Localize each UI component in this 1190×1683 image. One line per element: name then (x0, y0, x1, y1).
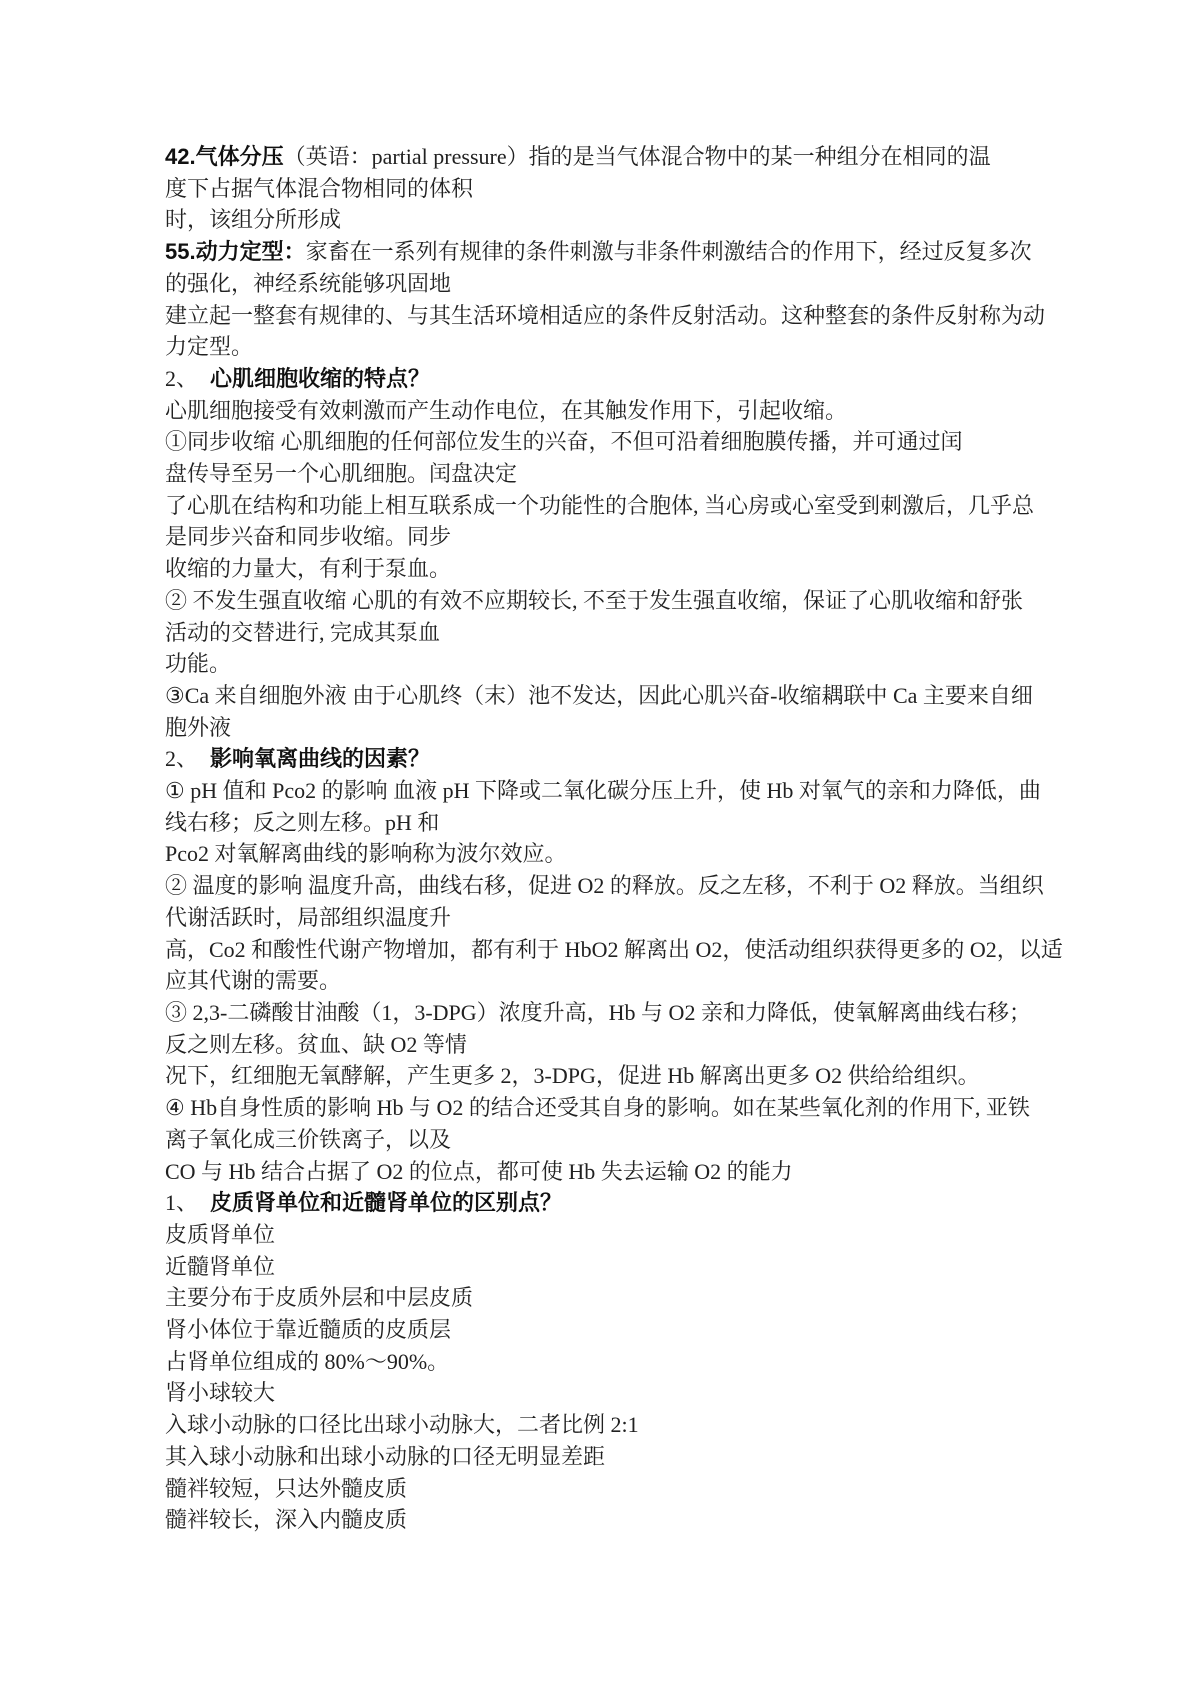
text-line: 收缩的力量大，有利于泵血。 (165, 553, 1085, 585)
heading-text: 心肌细胞收缩的特点？ (210, 366, 430, 391)
text-line: 55.动力定型：家畜在一系列有规律的条件刺激与非条件刺激结合的作用下，经过反复多… (165, 236, 1085, 268)
body-text: 况下，红细胞无氧酵解，产生更多 2，3-DPG，促进 Hb 解离出更多 O2 供… (165, 1063, 980, 1088)
text-line: 功能。 (165, 648, 1085, 680)
body-text: 皮质肾单位 (165, 1222, 275, 1247)
heading-text: 影响氧离曲线的因素？ (210, 746, 430, 771)
text-line: 髓袢较短，只达外髓皮质 (165, 1473, 1085, 1505)
text-line: ④ Hb自身性质的影响 Hb 与 O2 的结合还受其自身的影响。如在某些氧化剂的… (165, 1092, 1085, 1124)
body-text: 时，该组分所形成 (165, 207, 341, 232)
text-line: 入球小动脉的口径比出球小动脉大，二者比例 2:1 (165, 1409, 1085, 1441)
text-line: 心肌细胞接受有效刺激而产生动作电位，在其触发作用下，引起收缩。 (165, 395, 1085, 427)
text-line: 力定型。 (165, 331, 1085, 363)
text-line: 其入球小动脉和出球小动脉的口径无明显差距 (165, 1441, 1085, 1473)
body-text: 反之则左移。贫血、缺 O2 等情 (165, 1032, 467, 1057)
text-line: 反之则左移。贫血、缺 O2 等情 (165, 1029, 1085, 1061)
body-text: 占肾单位组成的 80%～90%。 (165, 1349, 449, 1374)
body-text: 应其代谢的需要。 (165, 968, 341, 993)
body-text: 2、 (165, 366, 198, 391)
document-body: 42.气体分压（英语：partial pressure）指的是当气体混合物中的某… (165, 141, 1085, 1536)
text-line: 线右移；反之则左移。pH 和 (165, 807, 1085, 839)
text-line: 髓袢较长，深入内髓皮质 (165, 1504, 1085, 1536)
body-text: 是同步兴奋和同步收缩。同步 (165, 524, 451, 549)
body-text: 了心肌在结构和功能上相互联系成一个功能性的合胞体, 当心房或心室受到刺激后，几乎… (165, 493, 1034, 518)
body-text: ③ 2,3-二磷酸甘油酸（1，3-DPG）浓度升高，Hb 与 O2 亲和力降低，… (165, 1000, 1031, 1025)
body-text: 肾小球较大 (165, 1380, 275, 1405)
document-page: 42.气体分压（英语：partial pressure）指的是当气体混合物中的某… (0, 0, 1190, 1683)
text-line: 近髓肾单位 (165, 1251, 1085, 1283)
body-text: ③Ca 来自细胞外液 由于心肌终（末）池不发达，因此心肌兴奋-收缩耦联中 Ca … (165, 683, 1033, 708)
heading-text: 42.气体分压 (165, 144, 284, 169)
heading-text: 皮质肾单位和近髓肾单位的区别点？ (210, 1190, 562, 1215)
text-line: 1、皮质肾单位和近髓肾单位的区别点？ (165, 1187, 1085, 1219)
text-line: ② 不发生强直收缩 心肌的有效不应期较长, 不至于发生强直收缩，保证了心肌收缩和… (165, 585, 1085, 617)
body-text: 收缩的力量大，有利于泵血。 (165, 556, 451, 581)
heading-text: 55.动力定型： (165, 239, 306, 264)
body-text: ② 温度的影响 温度升高，曲线右移，促进 O2 的释放。反之左移，不利于 O2 … (165, 873, 1044, 898)
body-text: 2、 (165, 746, 198, 771)
text-line: 应其代谢的需要。 (165, 965, 1085, 997)
body-text: CO 与 Hb 结合占据了 O2 的位点，都可使 Hb 失去运输 O2 的能力 (165, 1159, 793, 1184)
text-line: 活动的交替进行, 完成其泵血 (165, 617, 1085, 649)
text-line: 度下占据气体混合物相同的体积 (165, 173, 1085, 205)
text-line: 胞外液 (165, 712, 1085, 744)
body-text: 建立起一整套有规律的、与其生活环境相适应的条件反射活动。这种整套的条件反射称为动 (165, 303, 1045, 328)
text-line: 占肾单位组成的 80%～90%。 (165, 1346, 1085, 1378)
body-text: 肾小体位于靠近髓质的皮质层 (165, 1317, 451, 1342)
body-text: 力定型。 (165, 334, 253, 359)
text-line: 代谢活跃时，局部组织温度升 (165, 902, 1085, 934)
body-text: Pco2 对氧解离曲线的影响称为波尔效应。 (165, 841, 567, 866)
body-text: 髓袢较短，只达外髓皮质 (165, 1476, 407, 1501)
body-text: 线右移；反之则左移。pH 和 (165, 810, 439, 835)
body-text: 代谢活跃时，局部组织温度升 (165, 905, 451, 930)
text-line: 是同步兴奋和同步收缩。同步 (165, 521, 1085, 553)
body-text: 入球小动脉的口径比出球小动脉大，二者比例 2:1 (165, 1412, 639, 1437)
text-line: Pco2 对氧解离曲线的影响称为波尔效应。 (165, 838, 1085, 870)
body-text: 髓袢较长，深入内髓皮质 (165, 1507, 407, 1532)
body-text: ④ Hb自身性质的影响 Hb 与 O2 的结合还受其自身的影响。如在某些氧化剂的… (165, 1095, 1030, 1120)
text-line: 况下，红细胞无氧酵解，产生更多 2，3-DPG，促进 Hb 解离出更多 O2 供… (165, 1060, 1085, 1092)
text-line: 肾小体位于靠近髓质的皮质层 (165, 1314, 1085, 1346)
text-line: 主要分布于皮质外层和中层皮质 (165, 1282, 1085, 1314)
text-line: CO 与 Hb 结合占据了 O2 的位点，都可使 Hb 失去运输 O2 的能力 (165, 1156, 1085, 1188)
text-line: 2、心肌细胞收缩的特点？ (165, 363, 1085, 395)
text-line: ① pH 值和 Pco2 的影响 血液 pH 下降或二氧化碳分压上升，使 Hb … (165, 775, 1085, 807)
text-line: 皮质肾单位 (165, 1219, 1085, 1251)
text-line: 肾小球较大 (165, 1377, 1085, 1409)
text-line: ①同步收缩 心肌细胞的任何部位发生的兴奋，不但可沿着细胞膜传播，并可通过闰 (165, 426, 1085, 458)
text-line: 离子氧化成三价铁离子，以及 (165, 1124, 1085, 1156)
body-text: 近髓肾单位 (165, 1254, 275, 1279)
text-line: 建立起一整套有规律的、与其生活环境相适应的条件反射活动。这种整套的条件反射称为动 (165, 300, 1085, 332)
text-line: 42.气体分压（英语：partial pressure）指的是当气体混合物中的某… (165, 141, 1085, 173)
body-text: 的强化，神经系统能够巩固地 (165, 271, 451, 296)
body-text: 盘传导至另一个心肌细胞。闰盘决定 (165, 461, 517, 486)
body-text: 高，Co2 和酸性代谢产物增加，都有利于 HbO2 解离出 O2，使活动组织获得… (165, 937, 1063, 962)
text-line: ③ 2,3-二磷酸甘油酸（1，3-DPG）浓度升高，Hb 与 O2 亲和力降低，… (165, 997, 1085, 1029)
text-line: 的强化，神经系统能够巩固地 (165, 268, 1085, 300)
text-line: 2、影响氧离曲线的因素？ (165, 743, 1085, 775)
text-line: ② 温度的影响 温度升高，曲线右移，促进 O2 的释放。反之左移，不利于 O2 … (165, 870, 1085, 902)
text-line: 高，Co2 和酸性代谢产物增加，都有利于 HbO2 解离出 O2，使活动组织获得… (165, 934, 1085, 966)
body-text: 功能。 (165, 651, 231, 676)
body-text: 家畜在一系列有规律的条件刺激与非条件刺激结合的作用下，经过反复多次 (306, 239, 1032, 264)
body-text: 1、 (165, 1190, 198, 1215)
body-text: （英语：partial pressure）指的是当气体混合物中的某一种组分在相同… (284, 144, 991, 169)
body-text: 主要分布于皮质外层和中层皮质 (165, 1285, 473, 1310)
text-line: 盘传导至另一个心肌细胞。闰盘决定 (165, 458, 1085, 490)
body-text: 活动的交替进行, 完成其泵血 (165, 620, 440, 645)
body-text: ② 不发生强直收缩 心肌的有效不应期较长, 不至于发生强直收缩，保证了心肌收缩和… (165, 588, 1023, 613)
body-text: 度下占据气体混合物相同的体积 (165, 176, 473, 201)
text-line: ③Ca 来自细胞外液 由于心肌终（末）池不发达，因此心肌兴奋-收缩耦联中 Ca … (165, 680, 1085, 712)
body-text: 胞外液 (165, 715, 231, 740)
body-text: 其入球小动脉和出球小动脉的口径无明显差距 (165, 1444, 605, 1469)
text-line: 了心肌在结构和功能上相互联系成一个功能性的合胞体, 当心房或心室受到刺激后，几乎… (165, 490, 1085, 522)
text-line: 时，该组分所形成 (165, 204, 1085, 236)
body-text: ① pH 值和 Pco2 的影响 血液 pH 下降或二氧化碳分压上升，使 Hb … (165, 778, 1041, 803)
body-text: 心肌细胞接受有效刺激而产生动作电位，在其触发作用下，引起收缩。 (165, 398, 847, 423)
body-text: ①同步收缩 心肌细胞的任何部位发生的兴奋，不但可沿着细胞膜传播，并可通过闰 (165, 429, 963, 454)
body-text: 离子氧化成三价铁离子，以及 (165, 1127, 451, 1152)
